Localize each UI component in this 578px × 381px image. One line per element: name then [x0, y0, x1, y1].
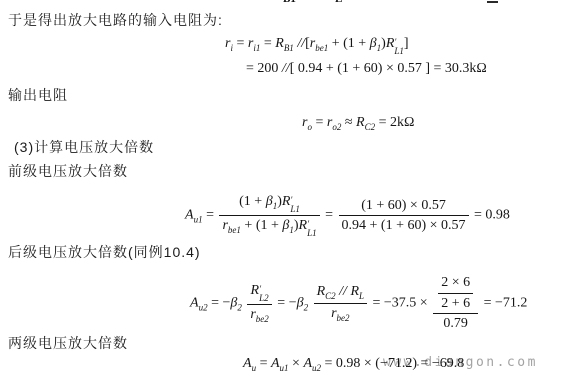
math-text: + (1 +: [241, 218, 282, 233]
math-text: = −37.5 ×: [369, 295, 431, 310]
math-variable: //: [339, 284, 347, 299]
formula-au-total: Au = Au1 × Au2 = 0.98 × (−71.2) = −69.8: [243, 355, 464, 374]
math-subscript: L1: [394, 47, 404, 56]
math-text: =: [256, 356, 271, 371]
math-subscript: be1: [228, 225, 241, 235]
math-text: 0.79: [443, 316, 468, 331]
math-sup-sub: ′L2: [259, 285, 269, 303]
fraction: 2 × 62 + 6: [438, 274, 473, 312]
math-text: 2 × 6: [441, 275, 470, 290]
formula-au1: Au1 = (1 + β1)R′L1rbe1 + (1 + β1)R′L1 = …: [185, 193, 510, 238]
math-subscript: be1: [315, 43, 328, 53]
math-text: = −71.2: [480, 295, 527, 310]
math-sup-sub: ′L1: [307, 220, 317, 238]
math-variable: //: [297, 36, 305, 51]
math-variable: β: [266, 194, 273, 209]
fraction-denominator: rbe2: [247, 305, 271, 325]
math-text: (1 +: [239, 194, 266, 209]
fraction: (1 + β1)R′L1rbe1 + (1 + β1)R′L1: [219, 193, 319, 238]
fraction-numerator: RC2 // RL: [314, 283, 367, 304]
fraction-numerator: (1 + β1)R′L1: [219, 193, 319, 216]
document-page: { "page": { "background": "#ffffff", "te…: [0, 0, 578, 381]
math-text: = 200: [246, 61, 282, 76]
math-variable: A: [185, 208, 194, 223]
fraction-numerator: 2 × 6: [438, 274, 473, 294]
math-variable: R: [350, 284, 359, 299]
math-text: =: [260, 36, 275, 51]
math-subscript: u2: [199, 302, 208, 312]
fraction: RC2 // RLrbe2: [314, 283, 367, 325]
fraction: 2 × 62 + 60.79: [433, 274, 478, 333]
math-text: + (1 +: [328, 36, 369, 51]
fraction-numerator: R′L2: [247, 282, 271, 305]
math-variable: A: [303, 356, 312, 371]
math-variable: A: [271, 356, 280, 371]
math-sup-sub: ′L1: [394, 38, 404, 56]
math-subscript: L1: [307, 229, 317, 238]
two-stage-label: 两级电压放大倍数: [8, 334, 128, 352]
math-text: = −: [274, 295, 297, 310]
cutoff-fragment-right: L: [335, 0, 342, 5]
formula-au2: Au2 = −β2 R′L2rbe2 = −β2 RC2 // RLrbe2 =…: [190, 274, 527, 333]
cutoff-fragment-dash: [487, 1, 498, 3]
formula-input-resistance-line2: = 200 //[ 0.94 + (1 + 60) × 0.57 ] = 30.…: [246, 60, 487, 78]
math-text: = −: [208, 295, 231, 310]
math-variable: β: [297, 295, 304, 310]
math-subscript: L2: [259, 294, 269, 303]
math-subscript: u2: [312, 363, 321, 373]
math-subscript: be2: [337, 313, 350, 323]
fraction-denominator: rbe2: [314, 304, 367, 324]
front-stage-label: 前级电压放大倍数: [8, 162, 128, 180]
math-variable: R: [275, 36, 284, 51]
math-subscript: L1: [290, 205, 300, 214]
math-variable: R: [251, 283, 260, 298]
fraction-denominator: rbe1 + (1 + β1)R′L1: [219, 216, 319, 238]
math-variable: R: [356, 115, 365, 130]
step3-heading: (3)计算电压放大倍数: [14, 138, 154, 156]
fraction: (1 + 60) × 0.570.94 + (1 + 60) × 0.57: [339, 197, 469, 235]
math-subscript: u1: [280, 363, 289, 373]
math-text: =: [312, 115, 327, 130]
formula-output-resistance: ro = ro2 ≈ RC2 = 2kΩ: [302, 114, 414, 133]
intro-text: 于是得出放大电路的输入电阻为:: [8, 11, 223, 29]
math-variable: A: [243, 356, 252, 371]
math-variable: β: [370, 36, 377, 51]
math-text: = 0.98 × (−71.2) = −69.8: [321, 356, 464, 371]
math-text: = 2kΩ: [375, 115, 414, 130]
math-text: [ 0.94 + (1 + 60) × 0.57 ] = 30.3kΩ: [290, 61, 487, 76]
fraction-denominator: 0.79: [433, 314, 478, 333]
math-text: ]: [404, 36, 409, 51]
math-subscript: L: [359, 291, 364, 301]
fraction-numerator: 2 × 62 + 6: [433, 274, 478, 314]
fraction-numerator: (1 + 60) × 0.57: [339, 197, 469, 217]
math-text: ≈: [341, 115, 356, 130]
math-text: (1 + 60) × 0.57: [361, 198, 446, 213]
output-resistance-label: 输出电阻: [8, 86, 68, 104]
math-variable: A: [190, 295, 199, 310]
math-subscript: B1: [284, 43, 294, 53]
fraction-denominator: 0.94 + (1 + 60) × 0.57: [339, 216, 469, 235]
math-subscript: o2: [332, 122, 341, 132]
math-text: 0.94 + (1 + 60) × 0.57: [342, 218, 466, 233]
formula-input-resistance-line1: ri = ri1 = RB1 //[rbe1 + (1 + β1)R′L1]: [225, 35, 409, 56]
math-text: ×: [289, 356, 304, 371]
math-text: [242, 295, 246, 310]
math-subscript: be2: [256, 314, 269, 324]
rear-stage-label: 后级电压放大倍数(同例10.4): [8, 243, 201, 261]
math-variable: R: [299, 218, 308, 233]
cutoff-fragment-left: B1: [283, 0, 296, 5]
math-subscript: C2: [325, 291, 336, 301]
fraction-denominator: 2 + 6: [438, 294, 473, 313]
math-variable: R: [317, 284, 326, 299]
math-variable: //: [282, 61, 290, 76]
math-text: =: [233, 36, 248, 51]
math-text: =: [203, 208, 218, 223]
math-text: 2 + 6: [441, 296, 470, 311]
math-text: = 0.98: [471, 208, 510, 223]
cutoff-formula-fragments: B1 L: [0, 0, 578, 6]
fraction: R′L2rbe2: [247, 282, 271, 325]
math-text: [308, 295, 312, 310]
math-sup-sub: ′L1: [290, 196, 300, 214]
math-text: =: [322, 208, 337, 223]
math-subscript: C2: [365, 122, 376, 132]
math-subscript: u1: [194, 215, 203, 225]
